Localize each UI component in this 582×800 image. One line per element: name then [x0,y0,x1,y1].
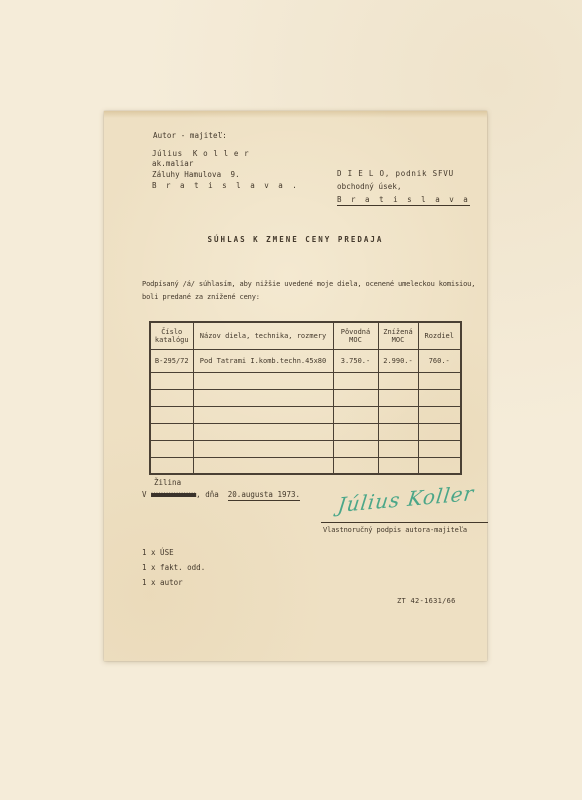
header-catalog-number: Číslo katalógu [150,322,193,349]
table-empty-row [150,389,461,406]
date-value: 20.augusta 1973. [228,490,300,501]
copy-item: 1 x autor [142,575,205,590]
document-sheet: Autor - majiteľ: Július K o l l e r ak.m… [104,111,487,661]
signature-line [321,522,488,523]
header-original-price: Pôvodná MOC [333,322,378,349]
body-line-1: Podpísaný /á/ súhlasím, aby nižšie uvede… [142,278,487,291]
author-street: Záluhy Hamulova 9. [152,170,240,179]
price-table: Číslo katalógu Názov diela, technika, ro… [149,321,462,475]
album-page: Autor - majiteľ: Július K o l l e r ak.m… [0,0,582,800]
table-empty-row [150,406,461,423]
table-header-row: Číslo katalógu Názov diela, technika, ro… [150,322,461,349]
date-line: V xxxxxxxxx, dňa 20.augusta 1973. [142,490,300,499]
table-empty-row [150,423,461,440]
table-empty-row [150,440,461,457]
cell-catalog-number: B-295/72 [150,349,193,372]
copies-list: 1 x ÚSE 1 x fakt. odd. 1 x autor [142,545,205,590]
recipient-city: B r a t i s l a v a [337,195,470,206]
author-label: Autor - majiteľ: [153,131,227,140]
author-name: Július K o l l e r [152,149,249,158]
signature-caption: Vlastnoručný podpis autora-majiteľa [323,526,467,534]
header-reduced-price: Znížená MOC [378,322,418,349]
copy-item: 1 x fakt. odd. [142,560,205,575]
table-empty-row [150,372,461,389]
place-correction: Žilina [154,478,181,487]
copy-item: 1 x ÚSE [142,545,205,560]
cell-reduced-price: 2.990.- [378,349,418,372]
handwritten-signature: Július Koller [315,479,497,519]
cell-original-price: 3.750.- [333,349,378,372]
cell-difference: 760.- [418,349,461,372]
form-code: ZT 42-1631/66 [397,597,456,605]
author-city: B r a t i s l a v a . [152,181,299,190]
cell-work-title: Pod Tatrami I.komb.techn.45x80 [193,349,333,372]
body-line-2: boli predané za znížené ceny: [142,291,487,304]
recipient-line1: D I E L O, podnik SFVU [337,169,454,178]
table-empty-row [150,457,461,474]
header-work-title: Názov diela, technika, rozmery [193,322,333,349]
header-difference: Rozdiel [418,322,461,349]
recipient-line2: obchodný úsek, [337,182,402,191]
document-title: SÚHLAS K ZMENE CENY PREDAJA [104,235,487,244]
date-prefix: V [142,490,147,499]
date-word: , dňa [196,490,219,499]
table-row: B-295/72 Pod Tatrami I.komb.techn.45x80 … [150,349,461,372]
body-paragraph: Podpísaný /á/ súhlasím, aby nižšie uvede… [142,278,487,304]
struck-place: xxxxxxxxx [151,490,196,499]
author-profession: ak.maliar [152,159,194,168]
